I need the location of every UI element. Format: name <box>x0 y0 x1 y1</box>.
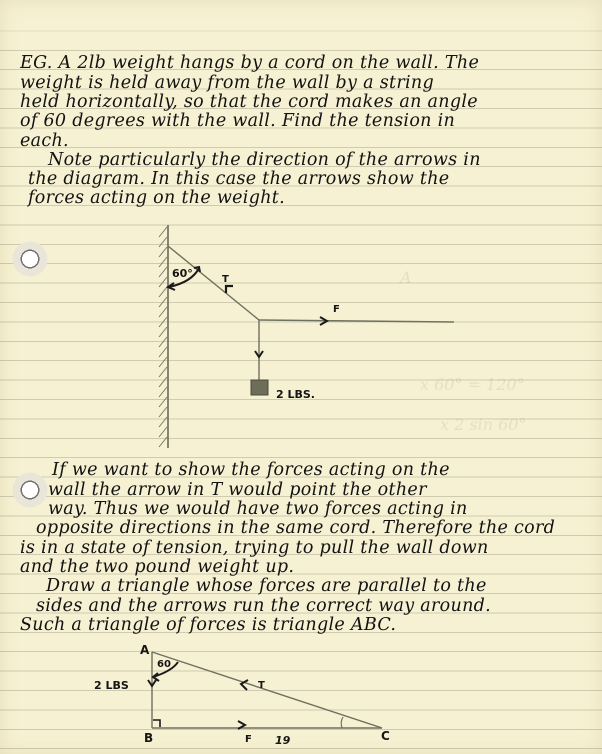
side-bc-length-label: 19 <box>275 734 291 747</box>
vertex-b-label: B <box>144 731 153 745</box>
diagram1-force-label: F <box>333 304 340 315</box>
diagrams-layer: 60° T F 2 LBS. A B C 60 2 LBS T <box>0 0 602 754</box>
vertex-a-label: A <box>140 643 150 657</box>
diagram1-tension-label: T <box>222 274 229 285</box>
diagram2-force-label: F <box>245 734 252 745</box>
diagram1-angle-label: 60° <box>172 267 193 280</box>
force-diagram-wall <box>159 225 454 448</box>
vertex-c-label: C <box>381 729 390 743</box>
triangle-of-forces <box>148 652 382 729</box>
diagram2-tension-label: T <box>258 680 265 691</box>
notebook-page: A x 60° = 120° x 2 sin 60° EG. A 2lb wei… <box>0 0 602 754</box>
diagram2-angle-label: 60 <box>157 659 171 670</box>
diagram2-weight-label: 2 LBS <box>94 679 129 692</box>
diagram1-weight-label: 2 LBS. <box>276 388 315 401</box>
